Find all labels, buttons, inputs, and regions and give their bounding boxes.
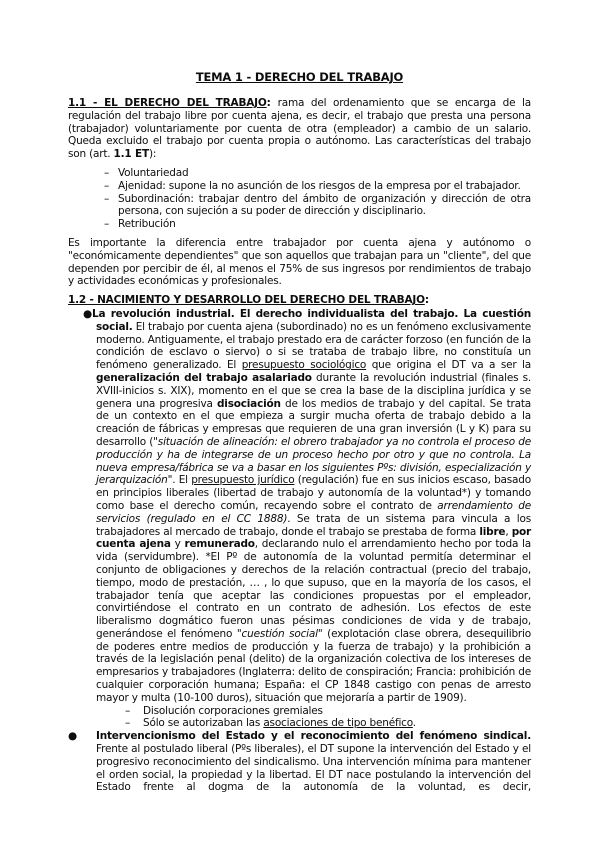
- list-item: –Subordinación: trabajar dentro del ámbi…: [68, 193, 531, 219]
- bullet-icon: ●: [68, 730, 96, 743]
- text-run: , declarando nulo el arrendamiento hecho…: [96, 538, 531, 640]
- list-item-text: Subordinación: trabajar dentro del ámbit…: [118, 193, 531, 218]
- dash-icon: –: [104, 193, 118, 206]
- text-run: "cuestión social": [237, 628, 323, 640]
- text-run: disociación: [217, 398, 281, 410]
- dash-icon: –: [104, 167, 118, 180]
- section-1-1-heading: 1.1 - EL DERECHO DEL TRABAJO: [68, 97, 267, 109]
- bullet-item-intervencionismo-estado: ●Intervencionismo del Estado y el recono…: [68, 730, 531, 794]
- text-run: remunerado: [184, 538, 254, 550]
- list-item: –Ajenidad: supone la no asunción de los …: [68, 180, 531, 193]
- section-1-1-paragraph: 1.1 - EL DERECHO DEL TRABAJO: rama del o…: [68, 97, 531, 161]
- dash-icon: –: [104, 218, 118, 231]
- text-run: .: [413, 717, 416, 729]
- text-run: Intervencionismo del Estado y el reconoc…: [96, 730, 531, 742]
- text-run: . El: [172, 474, 191, 486]
- dash-icon: –: [125, 717, 143, 730]
- sub-list: –Disolución corporaciones gremiales –Sól…: [68, 705, 531, 731]
- text-run: presupuesto jurídico: [191, 474, 294, 486]
- list-item: –Disolución corporaciones gremiales: [68, 705, 531, 718]
- text-run: presupuesto sociológico: [242, 359, 366, 371]
- section-1-2-heading-line: 1.2 - NACIMIENTO Y DESARROLLO DEL DERECH…: [68, 294, 531, 307]
- text-run: que origina el DT va a ser la: [366, 359, 531, 371]
- characteristics-list: –Voluntariedad –Ajenidad: supone la no a…: [68, 167, 531, 231]
- page-title: TEMA 1 - DERECHO DEL TRABAJO: [68, 70, 531, 84]
- list-item-text: Retribución: [118, 218, 176, 230]
- article-reference: 1.1 ET: [114, 148, 149, 160]
- list-item-text: Ajenidad: supone la no asunción de los r…: [118, 180, 521, 192]
- list-item: –Sólo se autorizaban las asociaciones de…: [68, 717, 531, 730]
- list-item-text: Voluntariedad: [118, 167, 188, 179]
- dash-icon: –: [104, 180, 118, 193]
- text-run: libre: [479, 526, 505, 538]
- economically-dependent-paragraph: Es importante la diferencia entre trabaj…: [68, 237, 531, 288]
- dash-icon: –: [125, 705, 143, 718]
- page-title-text: TEMA 1 - DERECHO DEL TRABAJO: [196, 70, 403, 84]
- text-run: generalización del trabajo asalariado: [96, 372, 312, 384]
- section-1-2-heading: 1.2 - NACIMIENTO Y DESARROLLO DEL DERECH…: [68, 294, 425, 306]
- text-run: :: [267, 97, 278, 109]
- text-run: Frente al postulado liberal (Pºs liberal…: [96, 743, 531, 793]
- text-run: :: [425, 294, 429, 306]
- list-item-text: Sólo se autorizaban las: [143, 717, 263, 729]
- list-item: –Voluntariedad: [68, 167, 531, 180]
- list-item: –Retribución: [68, 218, 531, 231]
- bullet-item-revolucion-industrial: ●La revolución industrial. El derecho in…: [68, 308, 531, 705]
- document-page: TEMA 1 - DERECHO DEL TRABAJO 1.1 - EL DE…: [0, 0, 599, 848]
- text-run: ):: [149, 148, 156, 160]
- list-item-text: Disolución corporaciones gremiales: [143, 705, 323, 717]
- text-run: asociaciones de tipo benéfico: [263, 717, 412, 729]
- text-run: Es importante la diferencia entre trabaj…: [68, 237, 531, 287]
- bullet-icon: ●: [83, 308, 92, 321]
- text-run: y: [171, 538, 185, 550]
